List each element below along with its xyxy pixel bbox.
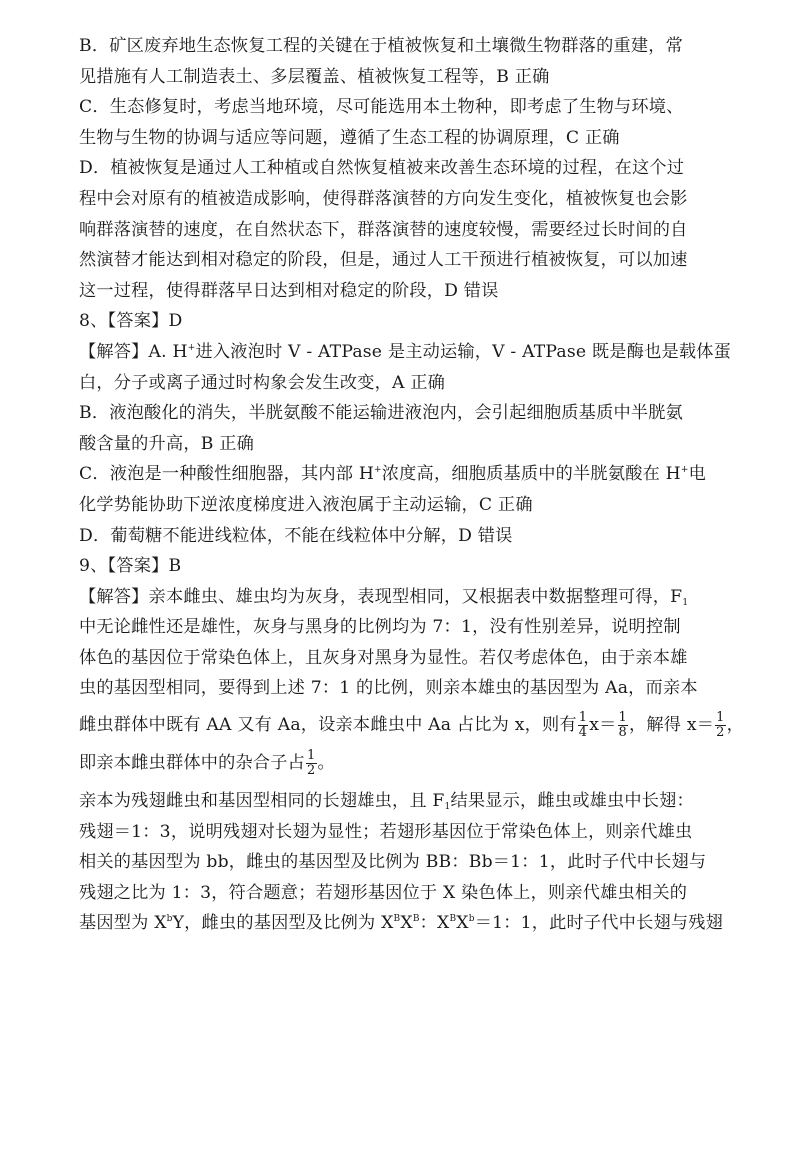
fraction-denominator: 2 [715, 726, 725, 740]
text-line: 残翅＝1：3，说明残翅对长翅为显性；若翅形基因位于常染色体上，则亲代雄虫 [79, 817, 739, 848]
fraction-denominator: 8 [618, 726, 628, 740]
text-line: 白，分子或离子通过时构象会发生改变，A 正确 [79, 368, 739, 399]
fraction: 12 [306, 749, 316, 778]
text-line: 响群落演替的速度，在自然状态下，群落演替的速度较慢，需要经过长时间的自 [79, 215, 739, 246]
fraction-numerator: 1 [618, 711, 628, 726]
text-line: C．液泡是一种酸性细胞器，其内部 H+浓度高，细胞质基质中的半胱氨酸在 H+电 [79, 459, 739, 490]
text-fragment: 结果显示，雌虫或雄虫中长翅： [450, 791, 693, 811]
text-fragment: 浓度高，细胞质基质中的半胱氨酸在 H [382, 464, 681, 484]
text-line: 残翅之比为 1：3，符合题意；若翅形基因位于 X 染色体上，则亲代雄虫相关的 [79, 878, 739, 909]
text-line: 程中会对原有的植被造成影响，使得群落演替的方向发生变化，植被恢复也会影 [79, 184, 739, 215]
text-fragment: X [456, 913, 468, 933]
text-line: 见措施有人工制造表土、多层覆盖、植被恢复工程等，B 正确 [79, 62, 739, 93]
document-page: B．矿区废弃地生态恢复工程的关键在于植被恢复和土壤微生物群落的重建，常 见措施有… [79, 31, 739, 939]
superscript: + [374, 465, 382, 475]
text-fragment: 电 [689, 464, 706, 484]
text-line: 体色的基因位于常染色体上，且灰身对黑身为显性。若仅考虑体色，由于亲本雄 [79, 643, 739, 674]
fraction: 18 [618, 711, 628, 740]
text-line: D．植被恢复是通过人工种植或自然恢复植被来改善生态环境的过程，在这个过 [79, 153, 739, 184]
text-fragment: ＝1：1，此时子代中长翅与残翅 [475, 913, 723, 933]
text-fragment: 雌虫群体中既有 AA 又有 Aa，设亲本雌虫中 Aa 占比为 x，则有 [79, 715, 577, 735]
text-line: 这一过程，使得群落早日达到相对稳定的阶段，D 错误 [79, 276, 739, 307]
fraction: 14 [578, 711, 588, 740]
q8-answer-heading: 8、【答案】D [79, 306, 739, 337]
text-fragment: ， [727, 715, 744, 735]
subscript: 1 [682, 598, 688, 608]
text-fragment: 即亲本雌虫群体中的杂合子占 [79, 753, 305, 773]
text-line: D．葡萄糖不能进线粒体，不能在线粒体中分解，D 错误 [79, 521, 739, 552]
fraction-numerator: 1 [306, 749, 316, 764]
text-line: 相关的基因型为 bb，雌虫的基因型及比例为 BB：Bb＝1：1，此时子代中长翅与 [79, 847, 739, 878]
text-line: 生物与生物的协调与适应等问题，遵循了生态工程的协调原理，C 正确 [79, 123, 739, 154]
superscript: + [681, 465, 689, 475]
text-fragment: 。 [318, 753, 335, 773]
text-line: 【解答】亲本雌虫、雄虫均为灰身，表现型相同，又根据表中数据整理可得，F1 [79, 582, 739, 613]
text-fragment: 进入液泡时 V - ATPase 是主动运输，V - ATPase 既是酶也是载… [195, 342, 731, 362]
text-line: 酸含量的升高，B 正确 [79, 429, 739, 460]
text-fragment: Y，雌虫的基因型及比例为 X [173, 913, 394, 933]
text-fragment: 【解答】亲本雌虫、雄虫均为灰身，表现型相同，又根据表中数据整理可得，F [79, 587, 682, 607]
text-fragment: X [400, 913, 412, 933]
fraction-denominator: 4 [578, 726, 588, 740]
text-line-with-fractions: 雌虫群体中既有 AA 又有 Aa，设亲本雌虫中 Aa 占比为 x，则有14x＝1… [79, 704, 739, 746]
text-line: B．液泡酸化的消失，半胱氨酸不能运输进液泡内，会引起细胞质基质中半胱氨 [79, 398, 739, 429]
q9-answer-heading: 9、【答案】B [79, 551, 739, 582]
text-fragment: 亲本为残翅雌虫和基因型相同的长翅雄虫，且 F [79, 791, 445, 811]
text-line: 亲本为残翅雌虫和基因型相同的长翅雄虫，且 F1结果显示，雌虫或雄虫中长翅： [79, 786, 739, 817]
text-fragment: 【解答】A. H [79, 342, 188, 362]
text-line: 中无论雌性还是雄性，灰身与黑身的比例均为 7：1，没有性别差异，说明控制 [79, 612, 739, 643]
text-fragment: 基因型为 X [79, 913, 167, 933]
fraction-denominator: 2 [306, 764, 316, 778]
text-fragment: ，解得 x＝ [629, 715, 714, 735]
text-fragment: ：X [420, 913, 450, 933]
fraction-numerator: 1 [578, 711, 588, 726]
fraction: 12 [715, 711, 725, 740]
text-line-with-fractions: 即亲本雌虫群体中的杂合子占12。 [79, 746, 739, 786]
text-fragment: C．液泡是一种酸性细胞器，其内部 H [79, 464, 374, 484]
superscript: B [413, 914, 420, 924]
fraction-numerator: 1 [715, 711, 725, 726]
text-line: 虫的基因型相同，要得到上述 7：1 的比例，则亲本雄虫的基因型为 Aa，而亲本 [79, 673, 739, 704]
text-line: 基因型为 XbY，雌虫的基因型及比例为 XBXB：XBXb＝1：1，此时子代中长… [79, 908, 739, 939]
text-line: C．生态修复时，考虑当地环境，尽可能选用本土物种，即考虑了生物与环境、 [79, 92, 739, 123]
text-line: 【解答】A. H+进入液泡时 V - ATPase 是主动运输，V - ATPa… [79, 337, 739, 368]
text-line: 然演替才能达到相对稳定的阶段，但是，通过人工干预进行植被恢复，可以加速 [79, 245, 739, 276]
text-fragment: x＝ [589, 715, 616, 735]
text-line: B．矿区废弃地生态恢复工程的关键在于植被恢复和土壤微生物群落的重建，常 [79, 31, 739, 62]
text-line: 化学势能协助下逆浓度梯度进入液泡属于主动运输，C 正确 [79, 490, 739, 521]
